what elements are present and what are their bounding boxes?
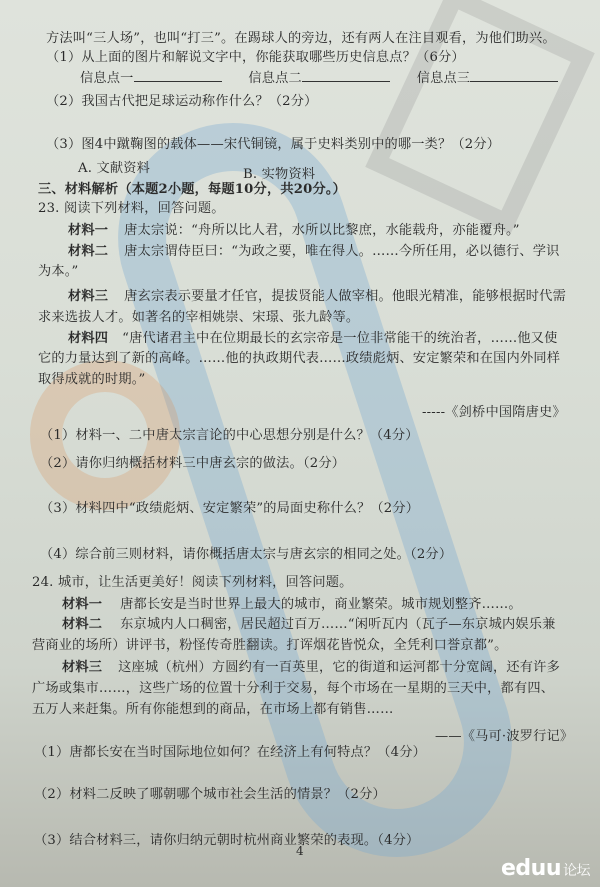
q23-source: -----《剑桥中国隋唐史》: [422, 404, 566, 422]
material-label: 材料一: [68, 223, 108, 238]
info-point-2-blank[interactable]: [302, 69, 390, 82]
q23-material-3-cont: 求来选拔人才。如著名的宰相姚崇、宋璟、张九龄等。: [38, 309, 359, 327]
material-text: 唐太宗谓侍臣曰：“为政之要，唯在得人。……今所任用，必以德行、学识: [124, 244, 559, 259]
info-point-2-label: 信息点二: [248, 71, 302, 86]
q23-question-4: （4）综合前三则材料，请你概括唐太宗与唐玄宗的相同之处。（2分）: [40, 546, 452, 564]
material-text: 唐玄宗表示要量才任官，提拔贤能人做宰相。他眼光精准，能够根据时代需: [124, 289, 566, 304]
question-1: （1）从上面的图片和解说文字中，你能获取哪些历史信息点？（6分）: [46, 49, 465, 67]
q23-title: 23. 阅读下列材料，回答问题。: [38, 200, 225, 218]
q24-title: 24. 城市，让生活更美好！阅读下列材料，回答问题。: [32, 574, 353, 592]
material-text: “唐代诸君主中在位期最长的玄宗帝是一位非常能干的统治者，……他又使: [122, 331, 557, 346]
q24-question-1: （1）唐都长安在当时国际地位如何？在经济上有何特点？（4分）: [34, 744, 426, 762]
q23-material-3: 材料三唐玄宗表示要量才任官，提拔贤能人做宰相。他眼光精准，能够根据时代需: [68, 288, 566, 306]
info-point-row: 信息点一 信息点二 信息点三: [80, 69, 558, 88]
q24-source: ——《马可·波罗行记》: [435, 728, 573, 746]
question-2: （2）我国古代把足球运动称作什么？（2分）: [46, 93, 318, 111]
q24-material-2: 材料二东京城内人口稠密，居民超过百万……“闲听瓦内（瓦子—东京城内娱乐兼: [62, 616, 556, 634]
material-label: 材料二: [62, 617, 102, 632]
q24-question-2: （2）材料二反映了哪朝哪个城市社会生活的情景？（2分）: [34, 786, 386, 804]
q23-material-4: 材料四“唐代诸君主中在位期最长的玄宗帝是一位非常能干的统治者，……他又使: [68, 330, 558, 348]
q24-question-3: （3）结合材料三，请你归纳元朝时杭州商业繁荣的表现。（4分）: [34, 832, 419, 850]
q23-question-2: （2）请你归纳概括材料三中唐玄宗的做法。（2分）: [40, 455, 345, 473]
q24-material-3-cont1: 广场或集市……，这些广场的位置十分利于交易，每个市场在一星期的三天中，都有四、: [32, 680, 554, 698]
material-text: 这座城（杭州）方圆约有一百英里，它的街道和运河都十分宽阔，还有许多: [118, 660, 560, 675]
section-3-title: 三、材料解析（本题2小题，每题10分，共20分。）: [38, 181, 346, 199]
material-label: 材料四: [68, 331, 108, 346]
material-label: 材料一: [62, 597, 102, 612]
q24-material-3-cont2: 五万人来赶集。所有你能想到的商品，在市场上都有销售……: [32, 701, 393, 719]
material-text: 唐太宗说：“舟所以比人君，水所以比黎庶，水能载舟，亦能覆舟。”: [124, 223, 520, 238]
material-label: 材料二: [68, 244, 108, 259]
q23-material-1: 材料一唐太宗说：“舟所以比人君，水所以比黎庶，水能载舟，亦能覆舟。”: [68, 222, 520, 240]
q24-material-3: 材料三这座城（杭州）方圆约有一百英里，它的街道和运河都十分宽阔，还有许多: [62, 659, 560, 677]
logo-latin: eduu: [501, 856, 561, 881]
exam-page: 方法叫“三人场”，也叫“打三”。在踢球人的旁边，还有两人在注目观看，为他们助兴。…: [0, 0, 600, 887]
material-text: 东京城内人口稠密，居民超过百万……“闲听瓦内（瓦子—东京城内娱乐兼: [120, 617, 555, 632]
logo-cn: 论坛: [563, 863, 590, 879]
page-number: 4: [296, 844, 304, 858]
q23-material-4-cont1: 它的力量达到了新的高峰。……他的执政期代表……政绩彪炳、安定繁荣和在国内外同样: [38, 350, 560, 368]
info-point-3-label: 信息点三: [417, 71, 471, 86]
option-a: A. 文献资料: [78, 160, 150, 178]
material-label: 材料三: [62, 660, 102, 675]
q24-material-2-cont: 营商业的场所）讲评书，粉怪传奇胜翻读。打诨烟花皆悦众，全凭利口誉京都”。: [32, 637, 508, 655]
intro-line: 方法叫“三人场”，也叫“打三”。在踢球人的旁边，还有两人在注目观看，为他们助兴。: [46, 30, 556, 48]
info-point-3-blank[interactable]: [470, 69, 558, 82]
q24-material-1: 材料一唐都长安是当时世界上最大的城市，商业繁荣。城市规划整齐……。: [62, 596, 522, 614]
q23-question-1: （1）材料一、二中唐太宗言论的中心思想分别是什么？（4分）: [40, 427, 419, 445]
q23-question-3: （3）材料四中“政绩彪炳、安定繁荣”的局面史称什么？（2分）: [40, 500, 419, 518]
info-point-1-blank[interactable]: [134, 69, 222, 82]
question-3: （3）图4中蹴鞠图的载体——宋代铜镜，属于史料类别中的哪一类？（2分）: [46, 136, 500, 154]
eduu-logo: eduu论坛: [501, 856, 590, 881]
q23-material-2: 材料二唐太宗谓侍臣曰：“为政之要，唯在得人。……今所任用，必以德行、学识: [68, 243, 560, 261]
material-label: 材料三: [68, 289, 108, 304]
info-point-1-label: 信息点一: [80, 71, 134, 86]
q23-material-2-cont: 为本。”: [38, 263, 79, 281]
q23-material-4-cont2: 取得成就的时期。”: [38, 371, 145, 389]
material-text: 唐都长安是当时世界上最大的城市，商业繁荣。城市规划整齐……。: [120, 597, 522, 612]
